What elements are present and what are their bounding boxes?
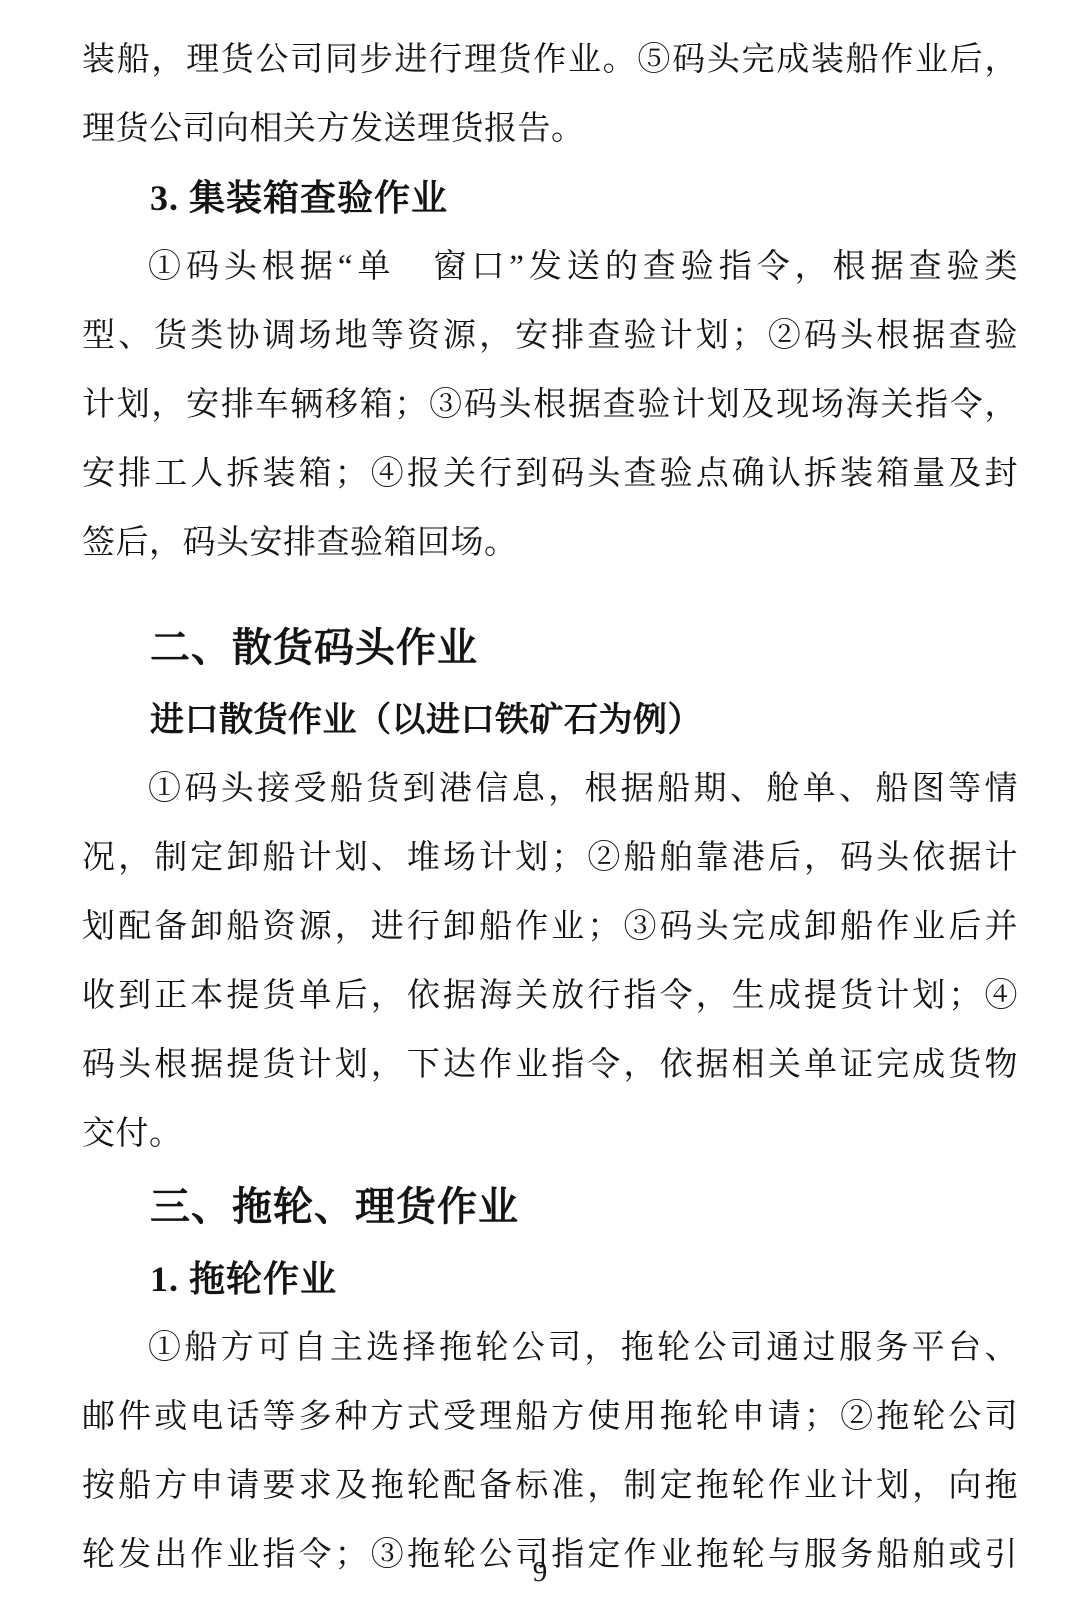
body-text-line: 收到正本提货单后，依据海关放行指令，生成提货计划；④ <box>82 962 1018 1031</box>
body-text-line: 理货公司向相关方发送理货报告。 <box>82 95 1018 164</box>
page-number: 9 <box>0 1552 1080 1592</box>
body-text-line: 安排工人拆装箱；④报关行到码头查验点确认拆装箱量及封 <box>82 440 1018 509</box>
body-text-line: 码头根据提货计划，下达作业指令，依据相关单证完成货物 <box>82 1031 1018 1100</box>
body-text-line: 计划，安排车辆移箱；③码头根据查验计划及现场海关指令， <box>82 371 1018 440</box>
body-text-line: 交付。 <box>82 1100 1018 1169</box>
body-text-line: 型、货类协调场地等资源，安排查验计划；②码头根据查验 <box>82 302 1018 371</box>
body-text-line: ①码头根据“单 窗口”发送的查验指令，根据查验类 <box>82 233 1018 302</box>
body-text-line: 划配备卸船资源，进行卸船作业；③码头完成卸船作业后并 <box>82 893 1018 962</box>
body-text-line: 装船，理货公司同步进行理货作业。⑤码头完成装船作业后， <box>82 26 1018 95</box>
body-text-line: 邮件或电话等多种方式受理船方使用拖轮申请；②拖轮公司 <box>82 1383 1018 1452</box>
document-page: 装船，理货公司同步进行理货作业。⑤码头完成装船作业后， 理货公司向相关方发送理货… <box>0 0 1080 1597</box>
body-text-line: 按船方申请要求及拖轮配备标准，制定拖轮作业计划，向拖 <box>82 1452 1018 1521</box>
body-text-line: ①船方可自主选择拖轮公司，拖轮公司通过服务平台、 <box>82 1314 1018 1383</box>
subsection-heading-bulk-import: 进口散货作业（以进口铁矿石为例） <box>82 686 1018 755</box>
body-text-line: ①码头接受船货到港信息，根据船期、舱单、船图等情 <box>82 755 1018 824</box>
body-text-line: 况，制定卸船计划、堆场计划；②船舶靠港后，码头依据计 <box>82 824 1018 893</box>
numbered-heading-tugboat: 1. 拖轮作业 <box>82 1245 1018 1314</box>
numbered-heading-container-inspection: 3. 集装箱查验作业 <box>82 164 1018 233</box>
section-heading-tug-tally: 三、拖轮、理货作业 <box>82 1169 1018 1245</box>
body-text-line: 签后，码头安排查验箱回场。 <box>82 509 1018 578</box>
section-heading-bulk-terminal: 二、散货码头作业 <box>82 610 1018 686</box>
